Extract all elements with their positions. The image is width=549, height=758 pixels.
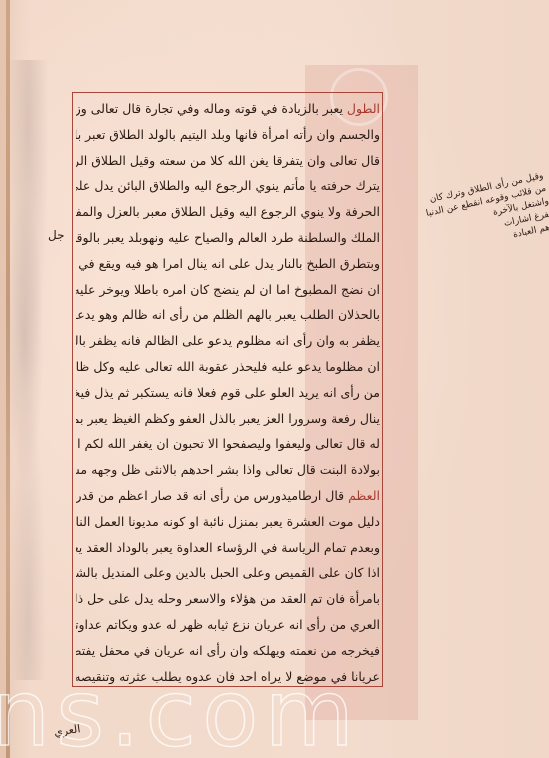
text-line: الحرفة ولا ينوي الرجوع اليه وقيل الطلاق … [76,199,380,225]
text-line: ان مظلوما يدعو عليه فليحذر عقوبة الله تع… [76,354,380,380]
text-line: بالحذلان الطلب يعبر بالهم الظلم من رأى ا… [76,302,380,328]
watermark-text: ns.com [0,668,360,758]
left-margin-annotation: جل [48,228,65,242]
text-line: دليل موت العشرة يعبر بمنزل نائبة او كونه… [76,509,380,535]
manuscript-text-block: الطول يعبر بالزيادة في قوته وماله وفي تج… [76,96,380,689]
text-line: بولادة البنت قال تعالى واذا بشر احدهم با… [76,457,380,483]
text-line: وبعدم تمام الرياسة في الرؤساء العداوة يع… [76,535,380,561]
text-line: بامرأة فان تم العقد من هؤلاء والاسعر وحل… [76,586,380,612]
text-line: يترك حرفته يا مأتم ينوي الرجوع اليه والط… [76,173,380,199]
text-line: العري من رأى انه عريان نزع ثيابه ظهر له … [76,612,380,638]
rubric-heading: الطول [347,101,380,116]
text-line: وبتطرق الطبخ بالنار يدل على انه ينال امر… [76,251,380,277]
text-line: يظفر به وان رأى انه مظلوم يدعو على الظال… [76,328,380,354]
text-line: العظم قال ارطاميدورس من رأى انه قد صار ا… [76,483,380,509]
text-line: ان نضج المطبوخ اما ان لم ينضج كان امره ب… [76,277,380,303]
margin-annotation: وقيل من رأى الطلاق وترك كان من قلائب وقو… [421,170,549,259]
text-line: الطول يعبر بالزيادة في قوته وماله وفي تج… [76,96,380,122]
manuscript-page: الطول يعبر بالزيادة في قوته وماله وفي تج… [0,0,549,758]
text-line: ينال رفعة وسرورا العز يعبر بالذل العفو و… [76,406,380,432]
rubric-heading: العظم [348,488,380,503]
text-line: من رأى انه يريد العلو على قوم فعلا فانه … [76,380,380,406]
text-line: والجسم وان رأته امرأة فانها وبلد اليتيم … [76,122,380,148]
text-line: قال تعالى وان يتفرقا يغن الله كلا من سعت… [76,148,380,174]
text-line: الملك والسلطنة طرد العالم والصياح عليه و… [76,225,380,251]
text-line: له قال تعالى وليعفوا وليصفحوا الا تحبون … [76,431,380,457]
watermark-decoration [0,60,70,680]
text-line: اذا كان على القميص وعلى الحبل بالدين وعل… [76,560,380,586]
